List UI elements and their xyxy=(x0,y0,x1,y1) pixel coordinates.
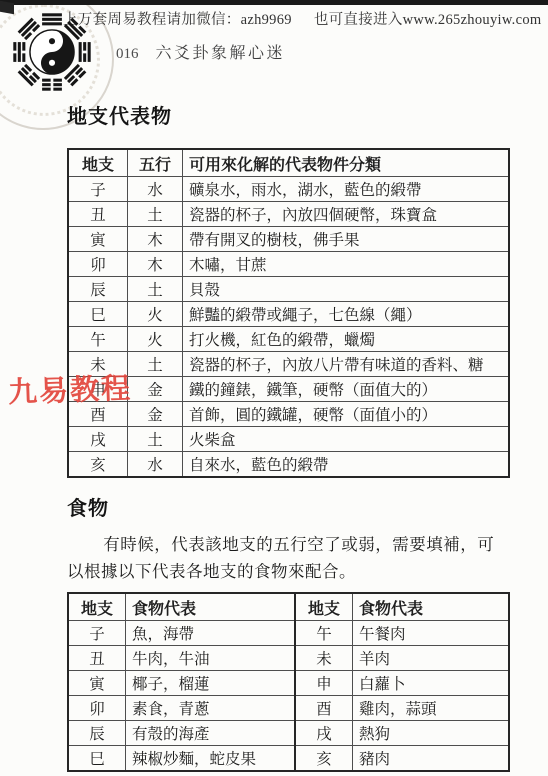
table-cell: 土 xyxy=(128,277,183,302)
table-cell: 木 xyxy=(128,252,183,277)
table-cell: 巳 xyxy=(68,302,128,327)
table-cell: 魚，海帶 xyxy=(126,621,296,646)
bagua-yinyang-icon xyxy=(5,7,99,102)
table-cell: 自來水，藍色的緞帶 xyxy=(183,452,510,478)
table-cell: 首飾，圓的鐵罐，硬幣（面值小的） xyxy=(183,402,510,427)
table-cell: 辰 xyxy=(68,721,126,746)
table-cell: 礦泉水，雨水，湖水，藍色的緞帶 xyxy=(183,177,510,202)
table-cell: 白蘿卜 xyxy=(353,671,510,696)
table-cell: 寅 xyxy=(68,671,126,696)
table-header-row: 地支 五行 可用來化解的代表物件分類 xyxy=(68,149,509,177)
paragraph-line: 有時候，代表該地支的五行空了或弱，需要填補，可 xyxy=(67,531,510,558)
table-cell: 火 xyxy=(128,327,183,352)
table-row: 丑牛肉，牛油未羊肉 xyxy=(68,646,509,671)
column-header: 地支 xyxy=(295,593,353,621)
food-intro-paragraph: 有時候，代表該地支的五行空了或弱，需要填補，可 以根據以下代表各地支的食物來配合… xyxy=(67,531,510,585)
table-cell: 豬肉 xyxy=(353,746,510,772)
table-cell: 木嘯，甘蔗 xyxy=(183,252,510,277)
table-cell: 木 xyxy=(128,227,183,252)
table-cell: 貝殼 xyxy=(183,277,510,302)
table-cell: 戌 xyxy=(295,721,353,746)
table-cell: 酉 xyxy=(295,696,353,721)
table-header-row: 地支 食物代表 地支 食物代表 xyxy=(68,593,509,621)
table-cell: 未 xyxy=(295,646,353,671)
table-cell: 寅 xyxy=(68,227,128,252)
table-cell: 熱狗 xyxy=(353,721,510,746)
table-cell: 金 xyxy=(128,377,183,402)
table-cell: 申 xyxy=(295,671,353,696)
table-cell: 帶有開叉的樹枝，佛手果 xyxy=(183,227,510,252)
table-row: 卯素食，青蔥酉雞肉，蒜頭 xyxy=(68,696,509,721)
table-cell: 亥 xyxy=(68,452,128,478)
table-cell: 椰子，榴蓮 xyxy=(126,671,296,696)
table-cell: 巳 xyxy=(68,746,126,772)
page-number: 016 xyxy=(116,46,139,62)
table-row: 巳辣椒炒麵，蛇皮果亥豬肉 xyxy=(68,746,509,772)
table-cell: 土 xyxy=(128,352,183,377)
table-cell: 火柴盒 xyxy=(183,427,510,452)
promo-right-text: 也可直接进入www.265zhouyiw.com xyxy=(314,12,542,28)
column-header: 食物代表 xyxy=(353,593,510,621)
table-cell: 土 xyxy=(128,202,183,227)
table-cell: 午 xyxy=(68,327,128,352)
table-cell: 午 xyxy=(295,621,353,646)
table-cell: 辣椒炒麵，蛇皮果 xyxy=(126,746,296,772)
table-row: 寅椰子，榴蓮申白蘿卜 xyxy=(68,671,509,696)
table-cell: 瓷器的杯子，內放四個硬幣，珠寶盒 xyxy=(183,202,510,227)
table-cell: 火 xyxy=(128,302,183,327)
section-title-food: 食物 xyxy=(67,492,510,521)
table-row: 子水礦泉水，雨水，湖水，藍色的緞帶 xyxy=(68,177,509,202)
table-row: 戌土火柴盒 xyxy=(68,427,509,452)
section-title-dizhi: 地支代表物 xyxy=(67,100,510,129)
table-cell: 水 xyxy=(128,177,183,202)
table-cell: 羊肉 xyxy=(353,646,510,671)
column-header: 地支 xyxy=(68,149,128,177)
table-cell: 戌 xyxy=(68,427,128,452)
table-cell: 打火機，紅色的緞帶，蠟燭 xyxy=(183,327,510,352)
table-row: 申金鐵的鐘錶，鐵筆，硬幣（面值大的） xyxy=(68,377,509,402)
table-row: 子魚，海帶午午餐肉 xyxy=(68,621,509,646)
dizhi-food-table: 地支 食物代表 地支 食物代表 子魚，海帶午午餐肉丑牛肉，牛油未羊肉寅椰子，榴蓮… xyxy=(67,592,510,772)
table-row: 午火打火機，紅色的緞帶，蠟燭 xyxy=(68,327,509,352)
table-row: 巳火鮮豔的緞帶或繩子，七色線（繩） xyxy=(68,302,509,327)
table-cell: 有殼的海產 xyxy=(126,721,296,746)
table-cell: 午餐肉 xyxy=(353,621,510,646)
table-row: 亥水自來水，藍色的緞帶 xyxy=(68,452,509,478)
table-cell: 水 xyxy=(128,452,183,478)
table-row: 辰土貝殼 xyxy=(68,277,509,302)
red-watermark-stamp: 九易教程 xyxy=(7,366,132,411)
table-cell: 素食，青蔥 xyxy=(126,696,296,721)
table-cell: 卯 xyxy=(68,696,126,721)
column-header: 食物代表 xyxy=(126,593,296,621)
table-cell: 鐵的鐘錶，鐵筆，硬幣（面值大的） xyxy=(183,377,510,402)
table-cell: 丑 xyxy=(68,646,126,671)
table-row: 未土瓷器的杯子，內放八片帶有味道的香料、糖 xyxy=(68,352,509,377)
table-cell: 鮮豔的緞帶或繩子，七色線（繩） xyxy=(183,302,510,327)
column-header: 可用來化解的代表物件分類 xyxy=(183,149,510,177)
book-page: 上万套周易教程请加微信：azh9969也可直接进入www.265zhouyiw.… xyxy=(0,0,548,776)
table-row: 辰有殼的海產戌熱狗 xyxy=(68,721,509,746)
table-row: 寅木帶有開叉的樹枝，佛手果 xyxy=(68,227,509,252)
promo-watermark-text: 上万套周易教程请加微信：azh9969也可直接进入www.265zhouyiw.… xyxy=(63,8,541,29)
dizhi-objects-table: 地支 五行 可用來化解的代表物件分類 子水礦泉水，雨水，湖水，藍色的緞帶丑土瓷器… xyxy=(67,148,510,478)
column-header: 五行 xyxy=(128,149,183,177)
table-cell: 子 xyxy=(68,621,126,646)
page-header: 016六爻卦象解心迷 xyxy=(116,40,285,63)
paragraph-line: 以根據以下代表各地支的食物來配合。 xyxy=(67,558,510,585)
table-cell: 金 xyxy=(128,402,183,427)
column-header: 地支 xyxy=(68,593,126,621)
table-cell: 卯 xyxy=(68,252,128,277)
table-cell: 牛肉，牛油 xyxy=(126,646,296,671)
page-content: 地支代表物 地支 五行 可用來化解的代表物件分類 子水礦泉水，雨水，湖水，藍色的… xyxy=(67,100,510,772)
table-cell: 瓷器的杯子，內放八片帶有味道的香料、糖 xyxy=(183,352,510,377)
table-cell: 丑 xyxy=(68,202,128,227)
table-cell: 雞肉，蒜頭 xyxy=(353,696,510,721)
book-title: 六爻卦象解心迷 xyxy=(156,45,286,62)
table-cell: 土 xyxy=(128,427,183,452)
table-row: 丑土瓷器的杯子，內放四個硬幣，珠寶盒 xyxy=(68,202,509,227)
table-cell: 辰 xyxy=(68,277,128,302)
table-cell: 亥 xyxy=(295,746,353,772)
table-row: 酉金首飾，圓的鐵罐，硬幣（面值小的） xyxy=(68,402,509,427)
table-row: 卯木木嘯，甘蔗 xyxy=(68,252,509,277)
scan-edge-bar xyxy=(0,0,548,5)
table-cell: 子 xyxy=(68,177,128,202)
